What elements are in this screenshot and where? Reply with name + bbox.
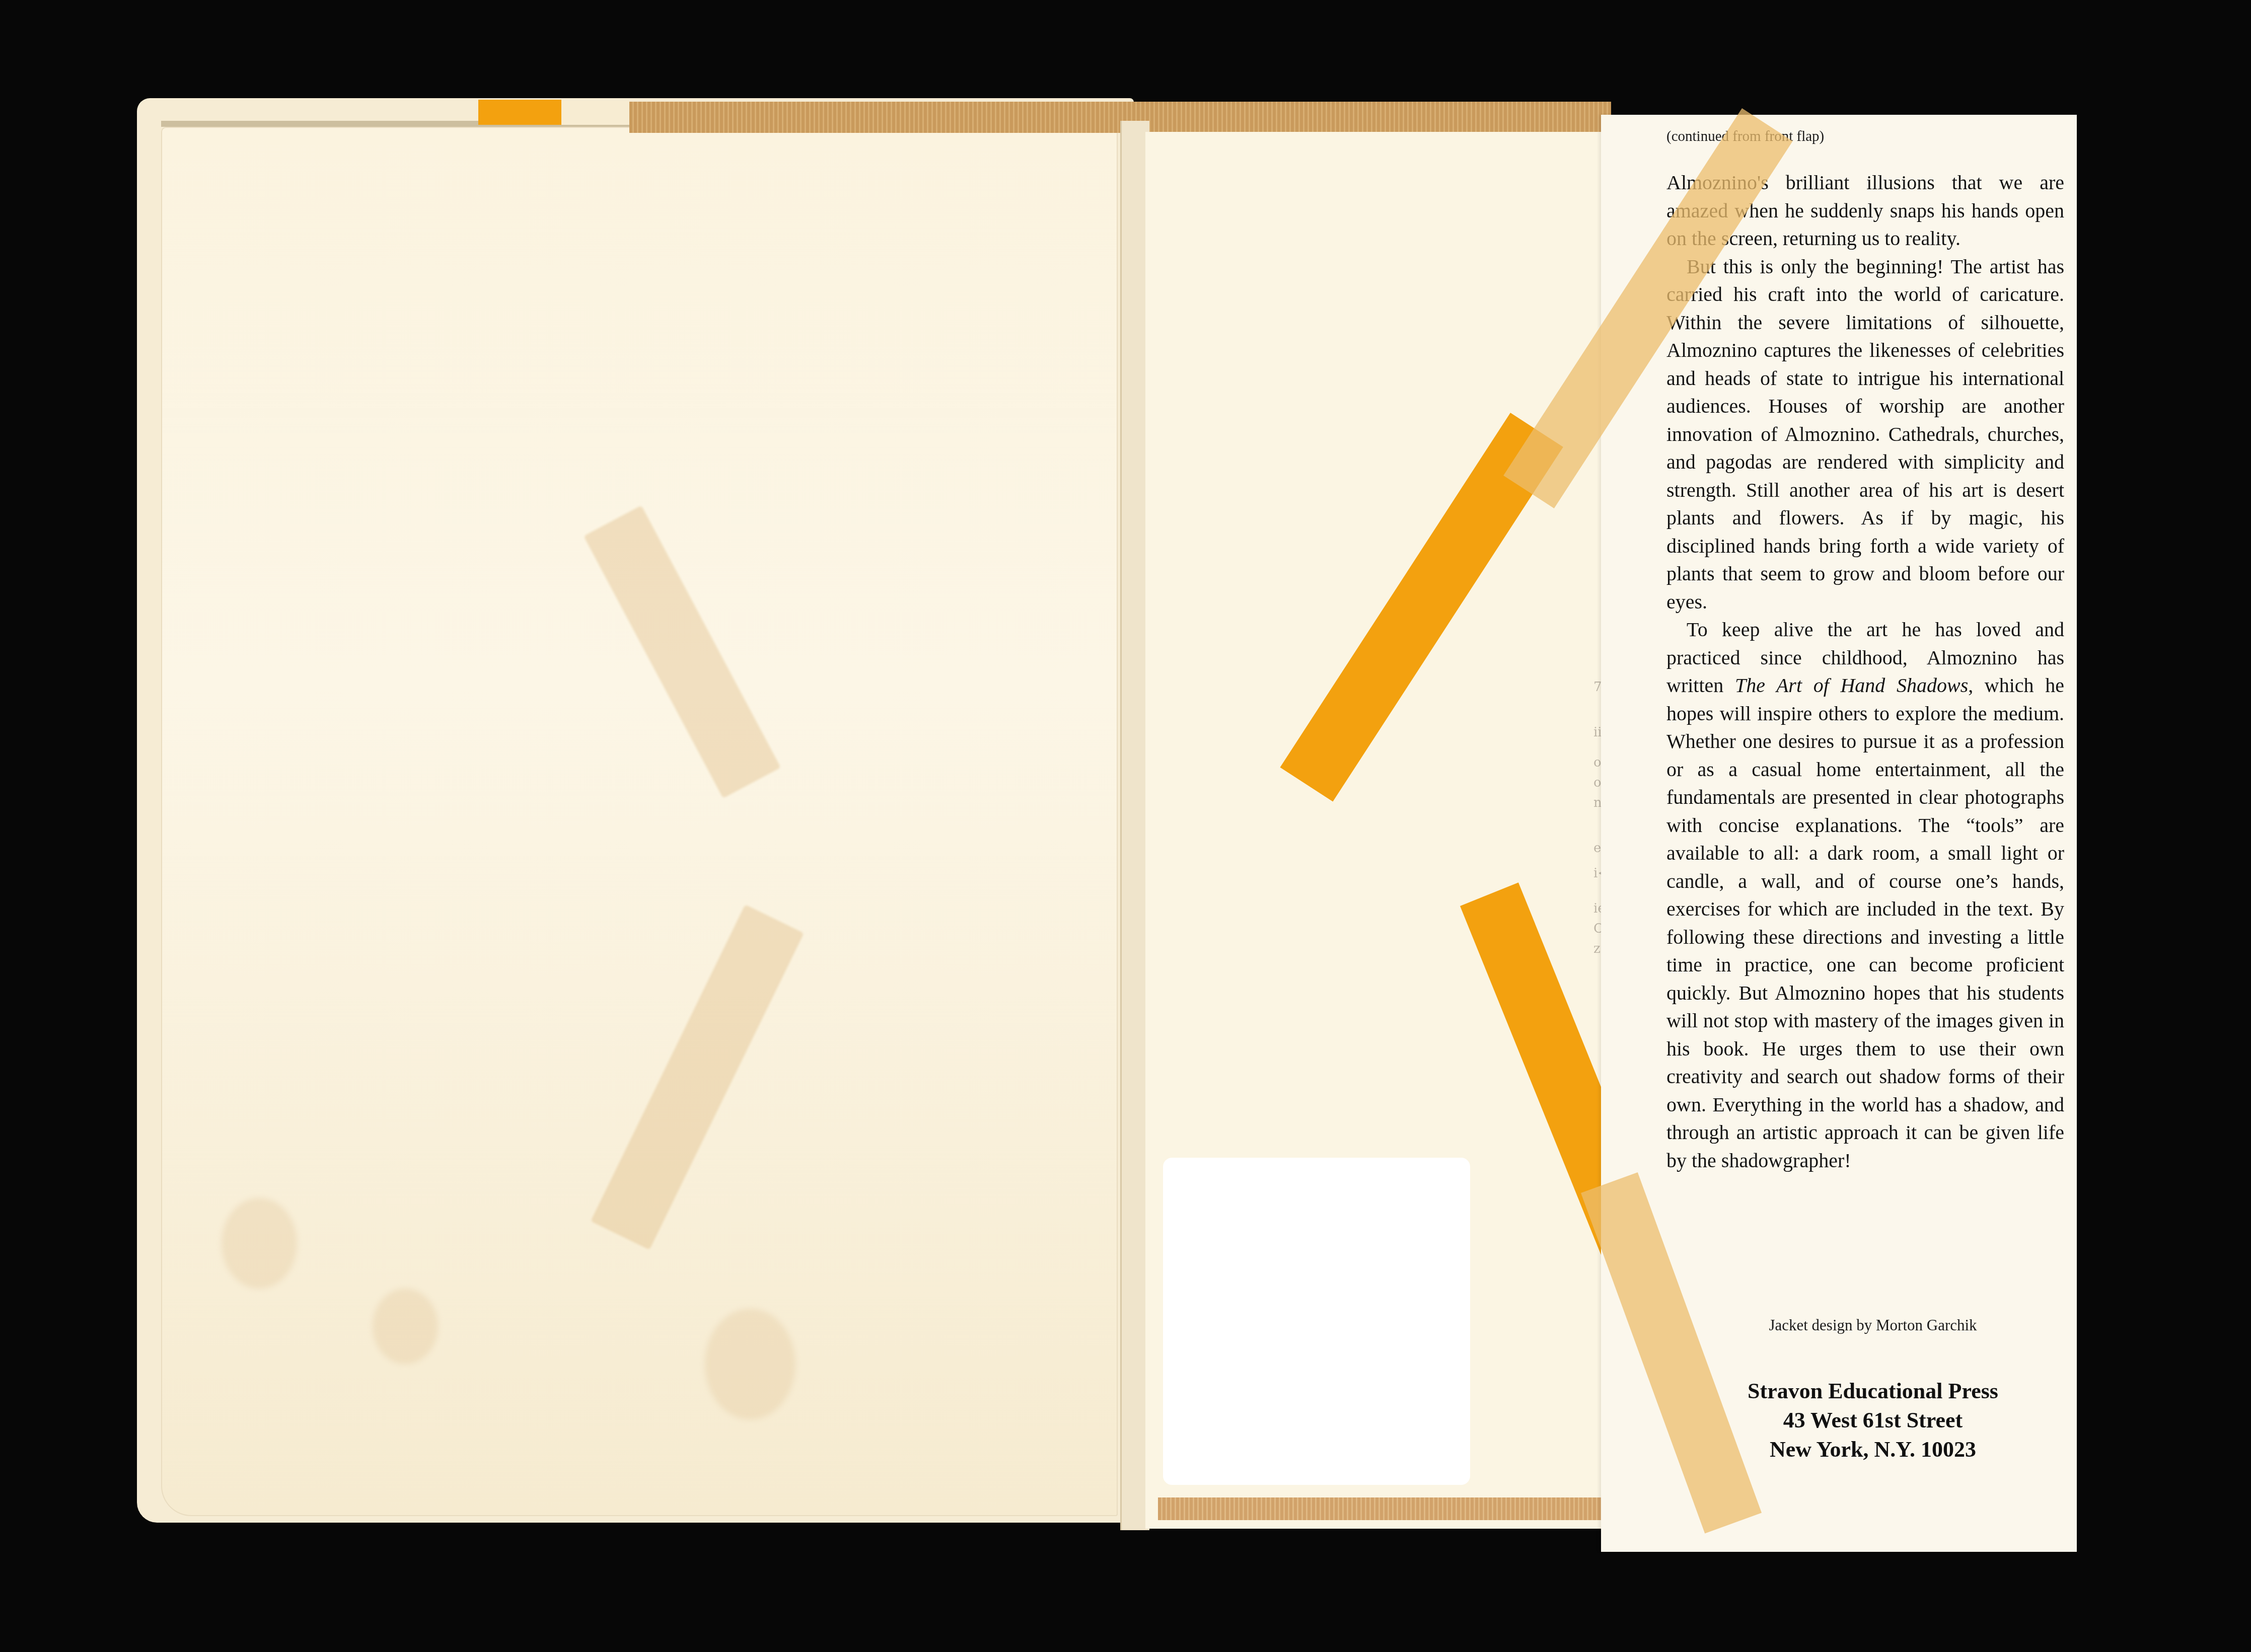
publisher-name: Stravon Educational Press (1661, 1377, 2084, 1406)
stain-spot (222, 1198, 297, 1289)
tape-top-edge (478, 100, 561, 125)
stain-spot (373, 1289, 438, 1364)
paper-tab-top (561, 101, 629, 125)
flap-text: , which he hopes will inspire others to … (1666, 674, 2064, 1172)
stain-spot (705, 1309, 795, 1419)
book-title: The Art of Hand Shadows (1735, 674, 1968, 697)
left-endpaper (161, 127, 1118, 1516)
jacket-design-credit: Jacket design by Morton Garchik (1661, 1316, 2084, 1334)
flap-paragraph: But this is only the beginning! The arti… (1666, 253, 2064, 616)
flap-body-text: Almoznino's brilliant illusions that we … (1666, 169, 2064, 1174)
spine-cloth-bottom (1158, 1497, 1601, 1520)
blank-label-area (1163, 1158, 1470, 1485)
flap-paragraph: To keep alive the art he has loved and p… (1666, 616, 2064, 1174)
